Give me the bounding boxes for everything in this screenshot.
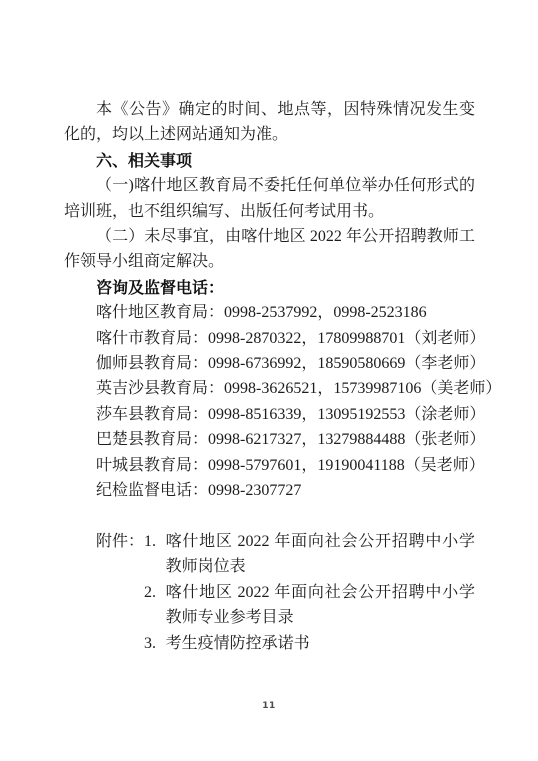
attachments-list: 1. 喀什地区 2022 年面向社会公开招聘中小学教师岗位表 2. 喀什地区 2… <box>144 529 475 656</box>
attachments-block: 附件： 1. 喀什地区 2022 年面向社会公开招聘中小学教师岗位表 2. 喀什… <box>96 529 475 656</box>
section-six-heading: 六、相关事项 <box>64 148 475 173</box>
attachment-item-covid-pledge: 3. 考生疫情防控承诺书 <box>144 631 475 656</box>
attachment-item-major-catalog: 2. 喀什地区 2022 年面向社会公开招聘中小学教师专业参考目录 <box>144 580 475 631</box>
notice-change-paragraph: 本《公告》确定的时间、地点等，因特殊情况发生变化的，均以上述网站通知为准。 <box>64 97 475 148</box>
hotline-line-shache: 莎车县教育局：0998-8516339，13095192553（涂老师） <box>64 402 475 427</box>
unresolved-matters-paragraph: （二）未尽事宜，由喀什地区 2022 年公开招聘教师工作领导小组商定解决。 <box>64 224 475 275</box>
hotline-line-kashgar-city: 喀什市教育局：0998-2870322，17809988701（刘老师） <box>64 326 475 351</box>
hotline-list: 喀什地区教育局：0998-2537992，0998-2523186 喀什市教育局… <box>64 300 475 503</box>
hotline-line-yecheng: 叶城县教育局：0998-5797601，19190041188（吴老师） <box>64 453 475 478</box>
document-content: 本《公告》确定的时间、地点等，因特殊情况发生变化的，均以上述网站通知为准。 六、… <box>64 97 475 656</box>
hotline-line-bachu: 巴楚县教育局：0998-6217327，13279884488（张老师） <box>64 427 475 452</box>
hotline-line-yengisar: 英吉沙县教育局：0998-3626521，15739987106（美老师） <box>64 376 475 401</box>
attachment-number: 1. <box>144 529 166 580</box>
attachment-number: 3. <box>144 631 166 656</box>
attachments-label: 附件： <box>96 529 144 656</box>
hotline-line-discipline: 纪检监督电话：0998-2307727 <box>64 478 475 503</box>
hotline-line-jiashi: 伽师县教育局：0998-6736992，18590580669（李老师） <box>64 351 475 376</box>
hotline-line-kashgar-prefecture: 喀什地区教育局：0998-2537992，0998-2523186 <box>64 300 475 325</box>
document-page: 本《公告》确定的时间、地点等，因特殊情况发生变化的，均以上述网站通知为准。 六、… <box>0 0 538 761</box>
attachment-text: 喀什地区 2022 年面向社会公开招聘中小学教师专业参考目录 <box>166 580 475 631</box>
page-number: 11 <box>0 694 538 719</box>
attachment-number: 2. <box>144 580 166 631</box>
hotline-heading: 咨询及监督电话： <box>64 275 475 300</box>
attachment-text: 喀什地区 2022 年面向社会公开招聘中小学教师岗位表 <box>166 529 475 580</box>
attachment-item-position-table: 1. 喀什地区 2022 年面向社会公开招聘中小学教师岗位表 <box>144 529 475 580</box>
training-disclaimer-paragraph: （一)喀什地区教育局不委托任何单位举办任何形式的培训班，也不组织编写、出版任何考… <box>64 173 475 224</box>
attachment-text: 考生疫情防控承诺书 <box>166 631 475 656</box>
